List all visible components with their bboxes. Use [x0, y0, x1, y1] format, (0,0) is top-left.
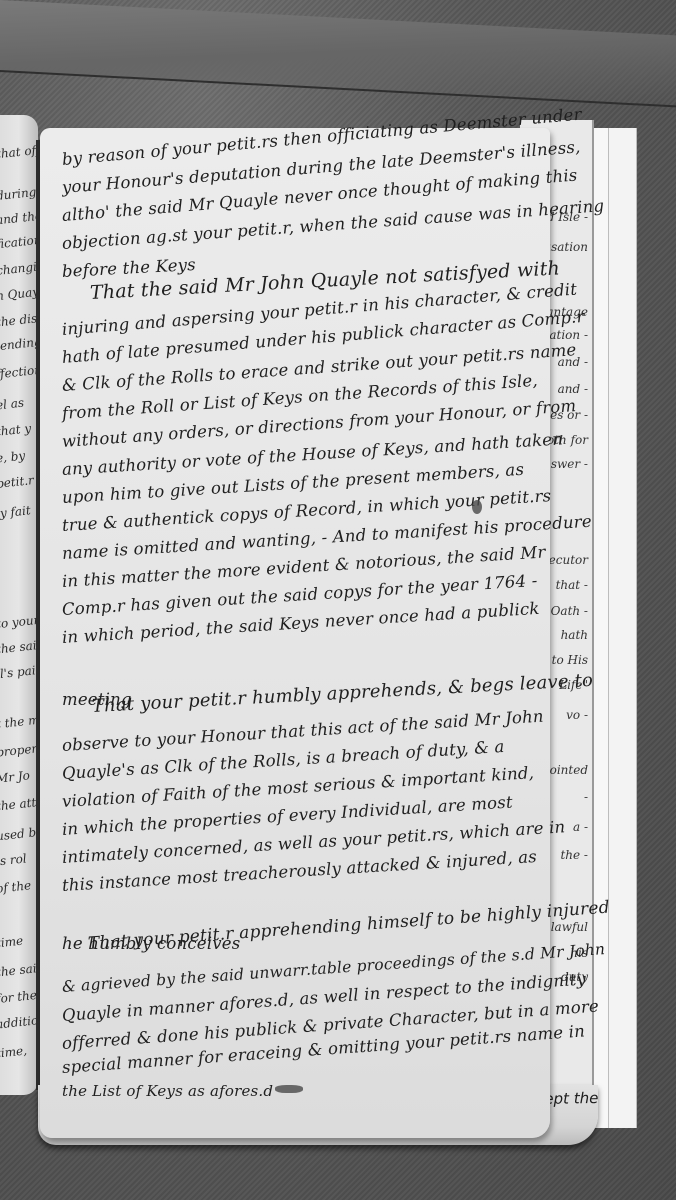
left-margin-fragment: ll's pair — [0, 663, 38, 682]
left-margin-fragment: and the — [0, 209, 38, 228]
right-margin-fragment: the - — [560, 848, 588, 862]
left-margin-fragment: time, — [0, 1043, 28, 1060]
left-margin-fragment: ffection — [0, 363, 38, 382]
left-margin-fragment: changing — [0, 258, 38, 278]
right-margin-fragment: Oath - — [551, 604, 588, 618]
left-margin-fragment: petit.r — [0, 473, 34, 491]
left-margin-fragment: the disp — [0, 310, 38, 329]
left-margin-fragment: during — [0, 185, 37, 203]
left-margin-fragment: the said — [0, 961, 38, 980]
left-margin-fragment: to your — [0, 613, 38, 631]
left-margin-fragment: el as — [0, 396, 25, 413]
left-margin-fragment: lending — [0, 335, 38, 354]
right-margin-fragment: vo - — [566, 708, 588, 722]
right-margin-fragment: to His — [552, 653, 588, 667]
left-margin-fragment: the atte — [0, 795, 38, 814]
left-margin-fragment: t the m — [0, 713, 38, 731]
left-margin-fragment: used by — [0, 825, 38, 844]
left-margin-fragment: time — [0, 934, 24, 951]
right-margin-fragment: and - — [558, 382, 588, 396]
left-margin-fragment: ly fait — [0, 503, 31, 521]
left-margin-fragment: addition — [0, 1012, 38, 1031]
left-margin-fragment: fication — [0, 233, 38, 252]
left-margin-fragment: n Quay — [0, 285, 38, 303]
right-margin-fragment: - — [584, 790, 588, 804]
manuscript-line: the List of Keys as afores.d — [62, 1082, 273, 1100]
right-margin-fragment: a - — [573, 820, 588, 834]
left-margin-fragment: properly — [0, 740, 38, 759]
facing-left-page: that off during and the fication changin… — [0, 115, 38, 1095]
left-margin-fragment: that off — [0, 143, 38, 162]
left-margin-fragment: e, by — [0, 449, 26, 466]
left-margin-fragment: for the — [0, 988, 37, 1006]
ink-blot — [472, 500, 482, 514]
ink-blot — [275, 1085, 303, 1093]
left-margin-fragment: the said — [0, 638, 38, 657]
left-margin-fragment: of the — [0, 878, 32, 896]
left-margin-fragment: that y — [0, 421, 32, 439]
right-margin-fragment: lawful — [551, 920, 588, 934]
left-margin-fragment: is rol — [0, 851, 27, 868]
right-margin-fragment: hath — [561, 628, 588, 642]
left-margin-fragment: Mr Jo — [0, 768, 31, 785]
right-margin-fragment: that - — [556, 578, 588, 592]
